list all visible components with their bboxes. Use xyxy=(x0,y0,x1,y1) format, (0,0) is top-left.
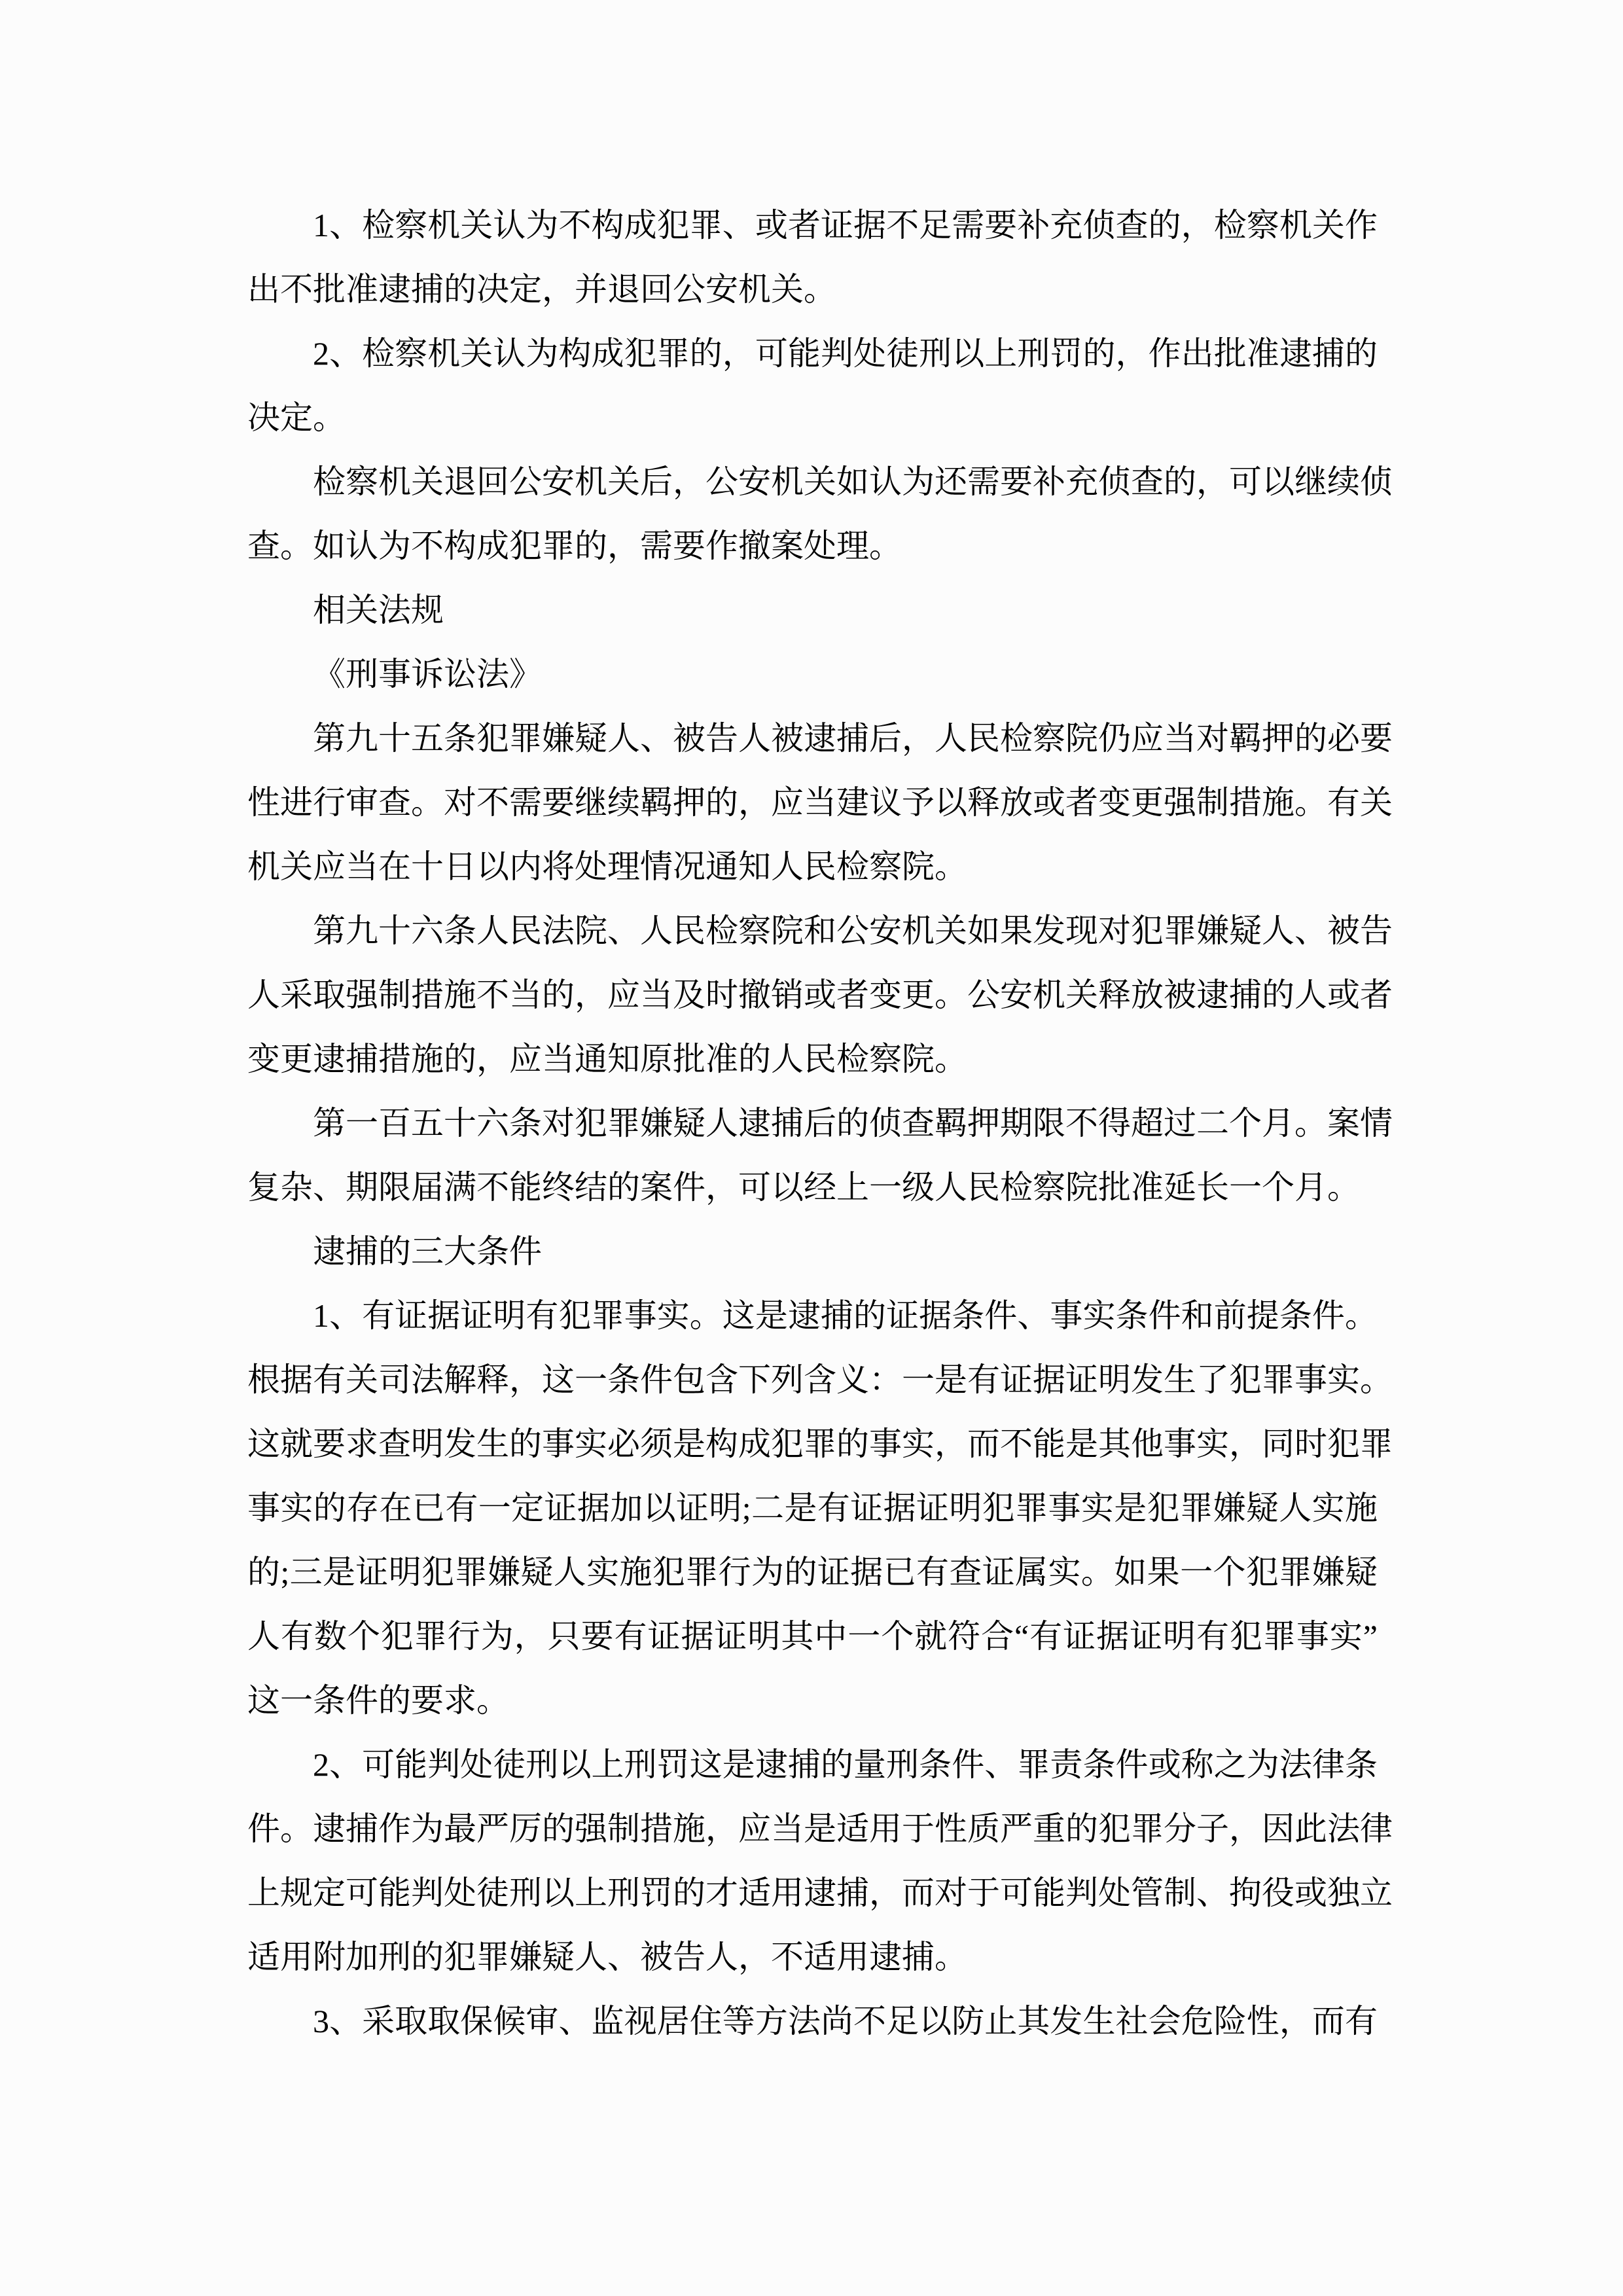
text-line: 适用附加刑的犯罪嫌疑人、被告人，不适用逮捕。 xyxy=(247,1925,1378,1989)
text-line: 检察机关退回公安机关后，公安机关如认为还需要补充侦查的，可以继续侦 xyxy=(247,450,1378,514)
paragraph: 3、采取取保候审、监视居住等方法尚不足以防止其发生社会危险性，而有 xyxy=(247,1989,1378,2053)
text-block: 1、检察机关认为不构成犯罪、或者证据不足需要补充侦查的，检察机关作出不批准逮捕的… xyxy=(247,193,1378,2053)
text-line: 根据有关司法解释，这一条件包含下列含义：一是有证据证明发生了犯罪事实。 xyxy=(247,1348,1378,1412)
text-line: 人采取强制措施不当的，应当及时撤销或者变更。公安机关释放被逮捕的人或者 xyxy=(247,963,1378,1027)
text-line: 变更逮捕措施的，应当通知原批准的人民检察院。 xyxy=(247,1027,1378,1091)
text-line: 这就要求查明发生的事实必须是构成犯罪的事实，而不能是其他事实，同时犯罪 xyxy=(247,1412,1378,1476)
text-line: 事实的存在已有一定证据加以证明;二是有证据证明犯罪事实是犯罪嫌疑人实施 xyxy=(247,1476,1378,1540)
paragraph: 第九十六条人民法院、人民检察院和公安机关如果发现对犯罪嫌疑人、被告人采取强制措施… xyxy=(247,899,1378,1091)
paragraph: 逮捕的三大条件 xyxy=(247,1219,1378,1283)
text-line: 第一百五十六条对犯罪嫌疑人逮捕后的侦查羁押期限不得超过二个月。案情 xyxy=(247,1091,1378,1155)
paragraph: 1、有证据证明有犯罪事实。这是逮捕的证据条件、事实条件和前提条件。根据有关司法解… xyxy=(247,1283,1378,1732)
paragraph: 1、检察机关认为不构成犯罪、或者证据不足需要补充侦查的，检察机关作出不批准逮捕的… xyxy=(247,193,1378,321)
text-line: 上规定可能判处徒刑以上刑罚的才适用逮捕，而对于可能判处管制、拘役或独立 xyxy=(247,1861,1378,1925)
document-page: 1、检察机关认为不构成犯罪、或者证据不足需要补充侦查的，检察机关作出不批准逮捕的… xyxy=(0,0,1623,2296)
text-line: 1、有证据证明有犯罪事实。这是逮捕的证据条件、事实条件和前提条件。 xyxy=(247,1283,1378,1348)
text-line: 查。如认为不构成犯罪的，需要作撤案处理。 xyxy=(247,514,1378,578)
paragraph: 第九十五条犯罪嫌疑人、被告人被逮捕后，人民检察院仍应当对羁押的必要性进行审查。对… xyxy=(247,706,1378,899)
text-line: 第九十五条犯罪嫌疑人、被告人被逮捕后，人民检察院仍应当对羁押的必要 xyxy=(247,706,1378,770)
text-line: 2、检察机关认为构成犯罪的，可能判处徒刑以上刑罚的，作出批准逮捕的 xyxy=(247,321,1378,386)
text-line: 性进行审查。对不需要继续羁押的，应当建议予以释放或者变更强制措施。有关 xyxy=(247,770,1378,834)
text-line: 决定。 xyxy=(247,386,1378,450)
text-line: 出不批准逮捕的决定，并退回公安机关。 xyxy=(247,257,1378,321)
text-line: 《刑事诉讼法》 xyxy=(247,642,1378,706)
text-line: 相关法规 xyxy=(247,578,1378,642)
paragraph: 检察机关退回公安机关后，公安机关如认为还需要补充侦查的，可以继续侦查。如认为不构… xyxy=(247,450,1378,578)
text-line: 件。逮捕作为最严厉的强制措施，应当是适用于性质严重的犯罪分子，因此法律 xyxy=(247,1797,1378,1861)
paragraph: 相关法规 xyxy=(247,578,1378,642)
text-line: 逮捕的三大条件 xyxy=(247,1219,1378,1283)
paragraph: 第一百五十六条对犯罪嫌疑人逮捕后的侦查羁押期限不得超过二个月。案情复杂、期限届满… xyxy=(247,1091,1378,1219)
paragraph: 《刑事诉讼法》 xyxy=(247,642,1378,706)
paragraph: 2、检察机关认为构成犯罪的，可能判处徒刑以上刑罚的，作出批准逮捕的决定。 xyxy=(247,321,1378,450)
text-line: 2、可能判处徒刑以上刑罚这是逮捕的量刑条件、罪责条件或称之为法律条 xyxy=(247,1732,1378,1797)
text-line: 3、采取取保候审、监视居住等方法尚不足以防止其发生社会危险性，而有 xyxy=(247,1989,1378,2053)
text-line: 机关应当在十日以内将处理情况通知人民检察院。 xyxy=(247,834,1378,899)
paragraph: 2、可能判处徒刑以上刑罚这是逮捕的量刑条件、罪责条件或称之为法律条件。逮捕作为最… xyxy=(247,1732,1378,1989)
text-line: 人有数个犯罪行为，只要有证据证明其中一个就符合“有证据证明有犯罪事实” xyxy=(247,1604,1378,1668)
text-line: 复杂、期限届满不能终结的案件，可以经上一级人民检察院批准延长一个月。 xyxy=(247,1155,1378,1219)
text-line: 这一条件的要求。 xyxy=(247,1668,1378,1732)
text-line: 的;三是证明犯罪嫌疑人实施犯罪行为的证据已有查证属实。如果一个犯罪嫌疑 xyxy=(247,1540,1378,1604)
text-line: 1、检察机关认为不构成犯罪、或者证据不足需要补充侦查的，检察机关作 xyxy=(247,193,1378,257)
text-line: 第九十六条人民法院、人民检察院和公安机关如果发现对犯罪嫌疑人、被告 xyxy=(247,899,1378,963)
